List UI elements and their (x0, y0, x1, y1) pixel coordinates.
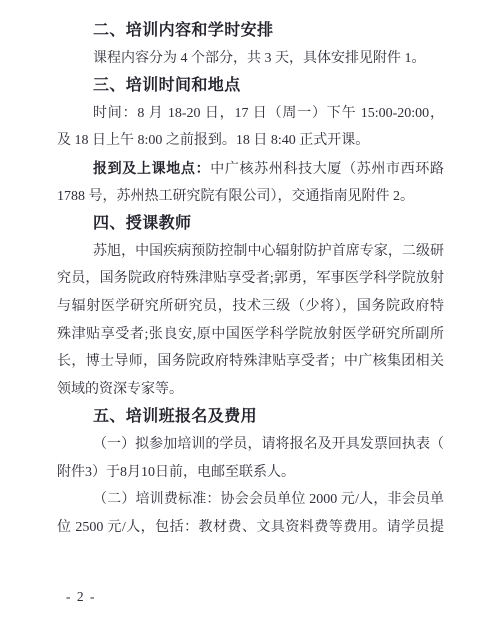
page-number: - 2 - (66, 589, 96, 605)
text-line: 与辐射医学研究所研究员，技术三级（少将），国务院政府特 (57, 293, 444, 321)
heading-line: 五、培训班报名及费用 (57, 403, 444, 431)
heading-line: 三、培训时间和地点 (57, 72, 444, 100)
document-page: 二、培训内容和学时安排课程内容分为 4 个部分，共 3 天，具体安排见附件 1。… (0, 0, 498, 624)
text-line: （二）培训费标准：协会会员单位 2000 元/人，非会员单 (57, 486, 444, 514)
text-line: 附件3）于8月10日前，电邮至联系人。 (57, 459, 444, 487)
heading-line: 四、授课教师 (57, 210, 444, 238)
text-line: 领域的资深专家等。 (57, 376, 444, 404)
text-line: 位 2500 元/人，包括：教材费、文具资料费等费用。请学员提 (57, 514, 444, 542)
document-body: 二、培训内容和学时安排课程内容分为 4 个部分，共 3 天，具体安排见附件 1。… (57, 17, 444, 541)
text-line: 1788 号，苏州热工研究院有限公司），交通指南见附件 2。 (57, 183, 444, 211)
text-line: 报到及上课地点：中广核苏州科技大厦（苏州市西环路 (57, 155, 444, 183)
text-line: 长，博士导师，国务院政府特殊津贴享受者；中广核集团相关 (57, 348, 444, 376)
text-line: 苏旭，中国疾病预防控制中心辐射防护首席专家，二级研 (57, 238, 444, 266)
text-line: 究员，国务院政府特殊津贴享受者;郭勇，军事医学科学院放射 (57, 265, 444, 293)
text-line: 殊津贴享受者;张良安,原中国医学科学院放射医学研究所副所 (57, 321, 444, 349)
text-line: 及 18 日上午 8:00 之前报到。18 日 8:40 正式开课。 (57, 127, 444, 155)
text-line: 课程内容分为 4 个部分，共 3 天，具体安排见附件 1。 (57, 45, 444, 73)
text-line: （一）拟参加培训的学员，请将报名及开具发票回执表（ (57, 431, 444, 459)
heading-line: 二、培训内容和学时安排 (57, 17, 444, 45)
bold-label: 报到及上课地点： (93, 160, 210, 176)
text-line: 时间：8 月 18-20 日，17 日（周一）下午 15:00-20:00， (57, 100, 444, 128)
